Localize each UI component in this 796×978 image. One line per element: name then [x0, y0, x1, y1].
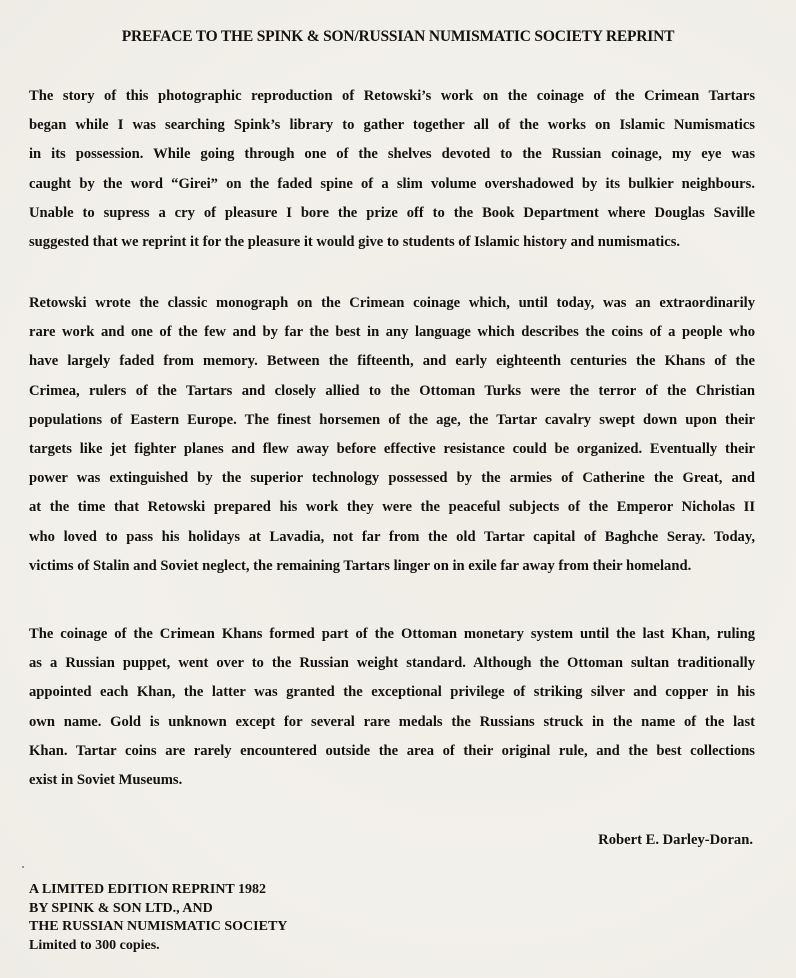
text-line: have largely faded from memory. Between … [29, 347, 755, 376]
text-line: in its possession. While going through o… [29, 140, 755, 169]
text-line: began while I was searching Spink’s libr… [29, 111, 755, 140]
paragraph-3: The coinage of the Crimean Khans formed … [29, 620, 755, 795]
text-line: rare work and one of the few and by far … [29, 318, 755, 347]
imprint-copies: Limited to 300 copies. [29, 937, 287, 956]
imprint-line: BY SPINK & SON LTD., AND [29, 900, 287, 919]
text-line: as a Russian puppet, went over to the Ru… [29, 649, 755, 678]
text-line: The coinage of the Crimean Khans formed … [29, 620, 755, 649]
document-page: PREFACE TO THE SPINK & SON/RUSSIAN NUMIS… [0, 0, 796, 978]
text-line: populations of Eastern Europe. The fines… [29, 406, 755, 435]
text-line: Retowski wrote the classic monograph on … [29, 289, 755, 318]
speck-mark [22, 866, 24, 868]
text-line: own name. Gold is unknown except for sev… [29, 708, 755, 737]
text-line: Unable to supress a cry of pleasure I bo… [29, 199, 755, 228]
text-line: victims of Stalin and Soviet neglect, th… [29, 552, 755, 581]
text-line: who loved to pass his holidays at Lavadi… [29, 523, 755, 552]
text-line: appointed each Khan, the latter was gran… [29, 678, 755, 707]
text-line: power was extinguished by the superior t… [29, 464, 755, 493]
text-line: The story of this photographic reproduct… [29, 82, 755, 111]
text-line: exist in Soviet Museums. [29, 766, 755, 795]
text-line: Khan. Tartar coins are rarely encountere… [29, 737, 755, 766]
text-line: suggested that we reprint it for the ple… [29, 228, 755, 257]
text-line: targets like jet fighter planes and flew… [29, 435, 755, 464]
imprint-line: A LIMITED EDITION REPRINT 1982 [29, 881, 287, 900]
imprint-line: THE RUSSIAN NUMISMATIC SOCIETY [29, 918, 287, 937]
text-line: at the time that Retowski prepared his w… [29, 493, 755, 522]
text-line: Crimea, rulers of the Tartars and closel… [29, 377, 755, 406]
imprint-block: A LIMITED EDITION REPRINT 1982 BY SPINK … [29, 881, 287, 955]
paragraph-2: Retowski wrote the classic monograph on … [29, 289, 755, 581]
text-line: caught by the word “Girei” on the faded … [29, 170, 755, 199]
author-signature: Robert E. Darley-Doran. [598, 832, 753, 849]
page-title: PREFACE TO THE SPINK & SON/RUSSIAN NUMIS… [0, 28, 796, 46]
paragraph-1: The story of this photographic reproduct… [29, 82, 755, 257]
